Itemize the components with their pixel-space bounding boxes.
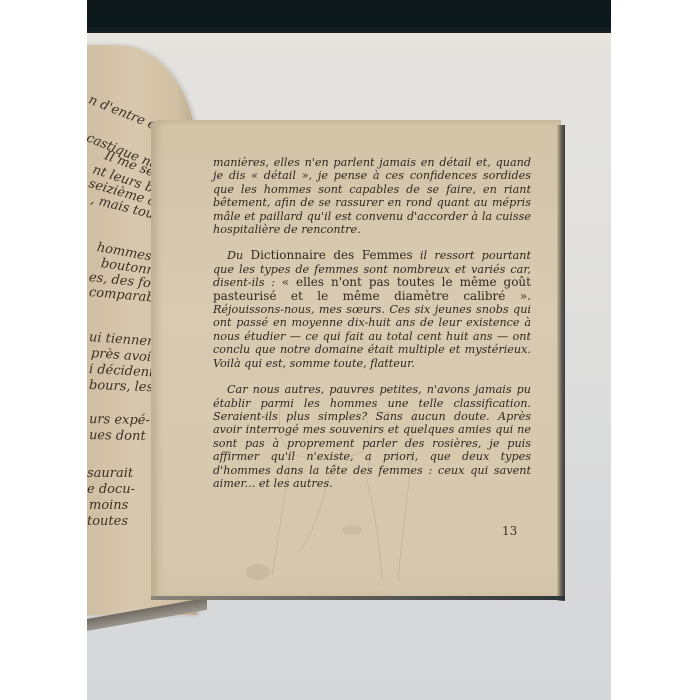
text-segment: Du xyxy=(227,249,250,262)
text-segment: Réjouissons-nous, mes sœurs. Ces six jeu… xyxy=(213,303,531,370)
left-page-line: e docu- xyxy=(87,482,135,497)
paragraph: manières, elles n'en parlent jamais en d… xyxy=(213,156,531,236)
left-page-line: toutes xyxy=(87,514,128,529)
text-segment: manières, elles n'en parlent jamais en d… xyxy=(213,156,531,236)
book-cover-edge xyxy=(557,125,565,601)
left-page-line: saurait xyxy=(87,466,133,481)
paragraph: Car nous autres, pauvres petites, n'avon… xyxy=(213,383,531,490)
page-body-text: manières, elles n'en parlent jamais en d… xyxy=(213,156,531,503)
left-page-line: urs expé- xyxy=(89,412,150,428)
text-segment: Car nous autres, pauvres petites, n'avon… xyxy=(213,383,531,490)
book-bottom-edge xyxy=(151,596,565,600)
left-page-line: moins xyxy=(89,498,128,513)
page-number: 13 xyxy=(502,524,517,538)
left-page-line: ues dont xyxy=(89,428,146,444)
left-page-line: bours, les xyxy=(89,378,154,395)
text-segment: Dictionnaire des Femmes xyxy=(250,248,412,262)
book-photo: n d'entre eux n'acastique ne doitIl me s… xyxy=(87,0,611,700)
paragraph: Du Dictionnaire des Femmes il ressort po… xyxy=(213,249,531,370)
